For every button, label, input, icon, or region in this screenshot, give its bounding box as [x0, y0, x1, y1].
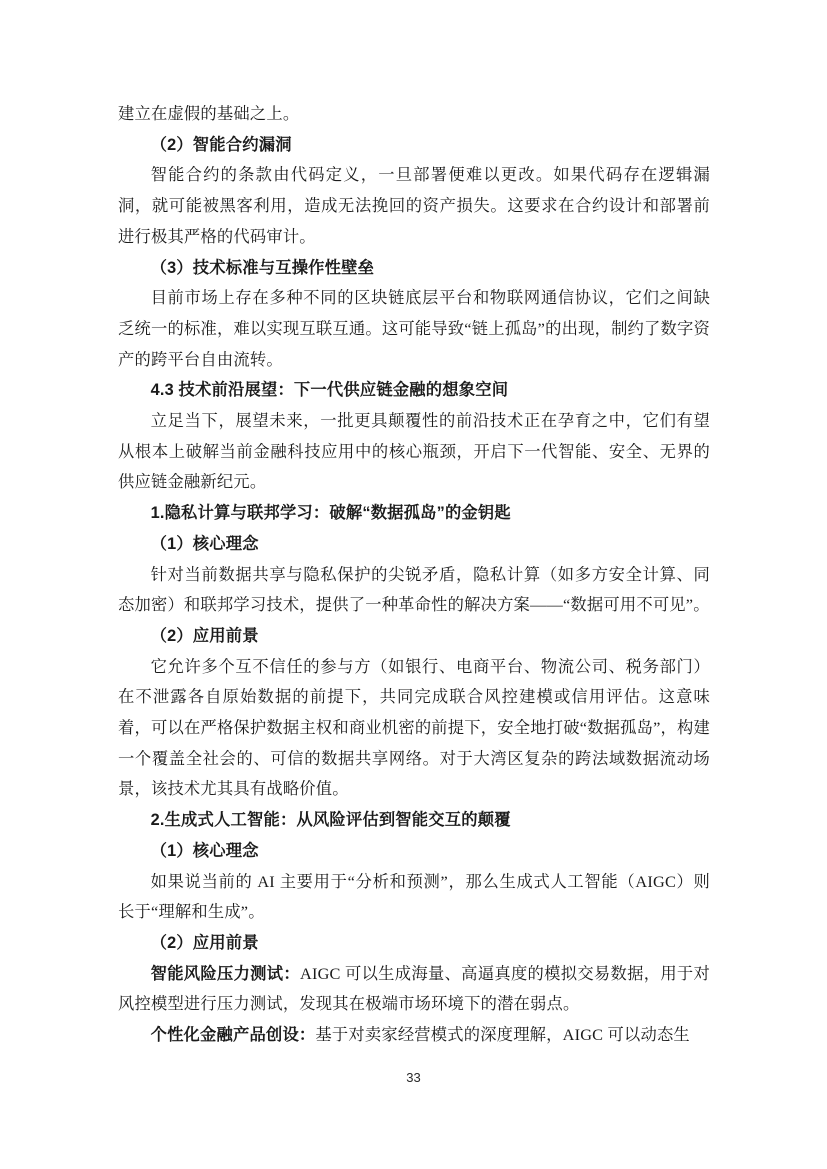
paragraph: 如果说当前的 AI 主要用于“分析和预测”，那么生成式人工智能（AIGC）则长于… — [118, 867, 710, 928]
section-heading: （2）智能合约漏洞 — [118, 130, 710, 161]
section-heading: （1）核心理念 — [118, 836, 710, 867]
section-heading: （1）核心理念 — [118, 529, 710, 560]
paragraph: 立足当下，展望未来，一批更具颠覆性的前沿技术正在孕育之中，它们有望从根本上破解当… — [118, 406, 710, 498]
paragraph: 智能合约的条款由代码定义，一旦部署便难以更改。如果代码存在逻辑漏洞，就可能被黑客… — [118, 160, 710, 252]
document-page: 建立在虚假的基础之上。（2）智能合约漏洞智能合约的条款由代码定义，一旦部署便难以… — [0, 0, 827, 1169]
section-heading: 2.生成式人工智能：从风险评估到智能交互的颠覆 — [118, 805, 710, 836]
paragraph: 智能风险压力测试：AIGC 可以生成海量、高逼真度的模拟交易数据，用于对风控模型… — [118, 959, 710, 1020]
document-body: 建立在虚假的基础之上。（2）智能合约漏洞智能合约的条款由代码定义，一旦部署便难以… — [118, 99, 710, 1051]
paragraph: 它允许多个互不信任的参与方（如银行、电商平台、物流公司、税务部门）在不泄露各自原… — [118, 652, 710, 806]
section-heading: （2）应用前景 — [118, 928, 710, 959]
section-heading: 4.3 技术前沿展望：下一代供应链金融的想象空间 — [118, 375, 710, 406]
paragraph-lead: 个性化金融产品创设： — [151, 1026, 316, 1044]
paragraph: 针对当前数据共享与隐私保护的尖锐矛盾，隐私计算（如多方安全计算、同态加密）和联邦… — [118, 560, 710, 621]
page-number: 33 — [0, 1069, 827, 1087]
paragraph: 个性化金融产品创设：基于对卖家经营模式的深度理解，AIGC 可以动态生 — [118, 1020, 710, 1051]
paragraph-lead: 智能风险压力测试： — [151, 965, 300, 983]
paragraph: 目前市场上存在多种不同的区块链底层平台和物联网通信协议，它们之间缺乏统一的标准，… — [118, 283, 710, 375]
section-heading: 1.隐私计算与联邦学习：破解“数据孤岛”的金钥匙 — [118, 498, 710, 529]
paragraph-continuation: 建立在虚假的基础之上。 — [118, 99, 710, 130]
section-heading: （3）技术标准与互操作性壁垒 — [118, 253, 710, 284]
section-heading: （2）应用前景 — [118, 621, 710, 652]
paragraph-text: 基于对卖家经营模式的深度理解，AIGC 可以动态生 — [315, 1025, 690, 1044]
